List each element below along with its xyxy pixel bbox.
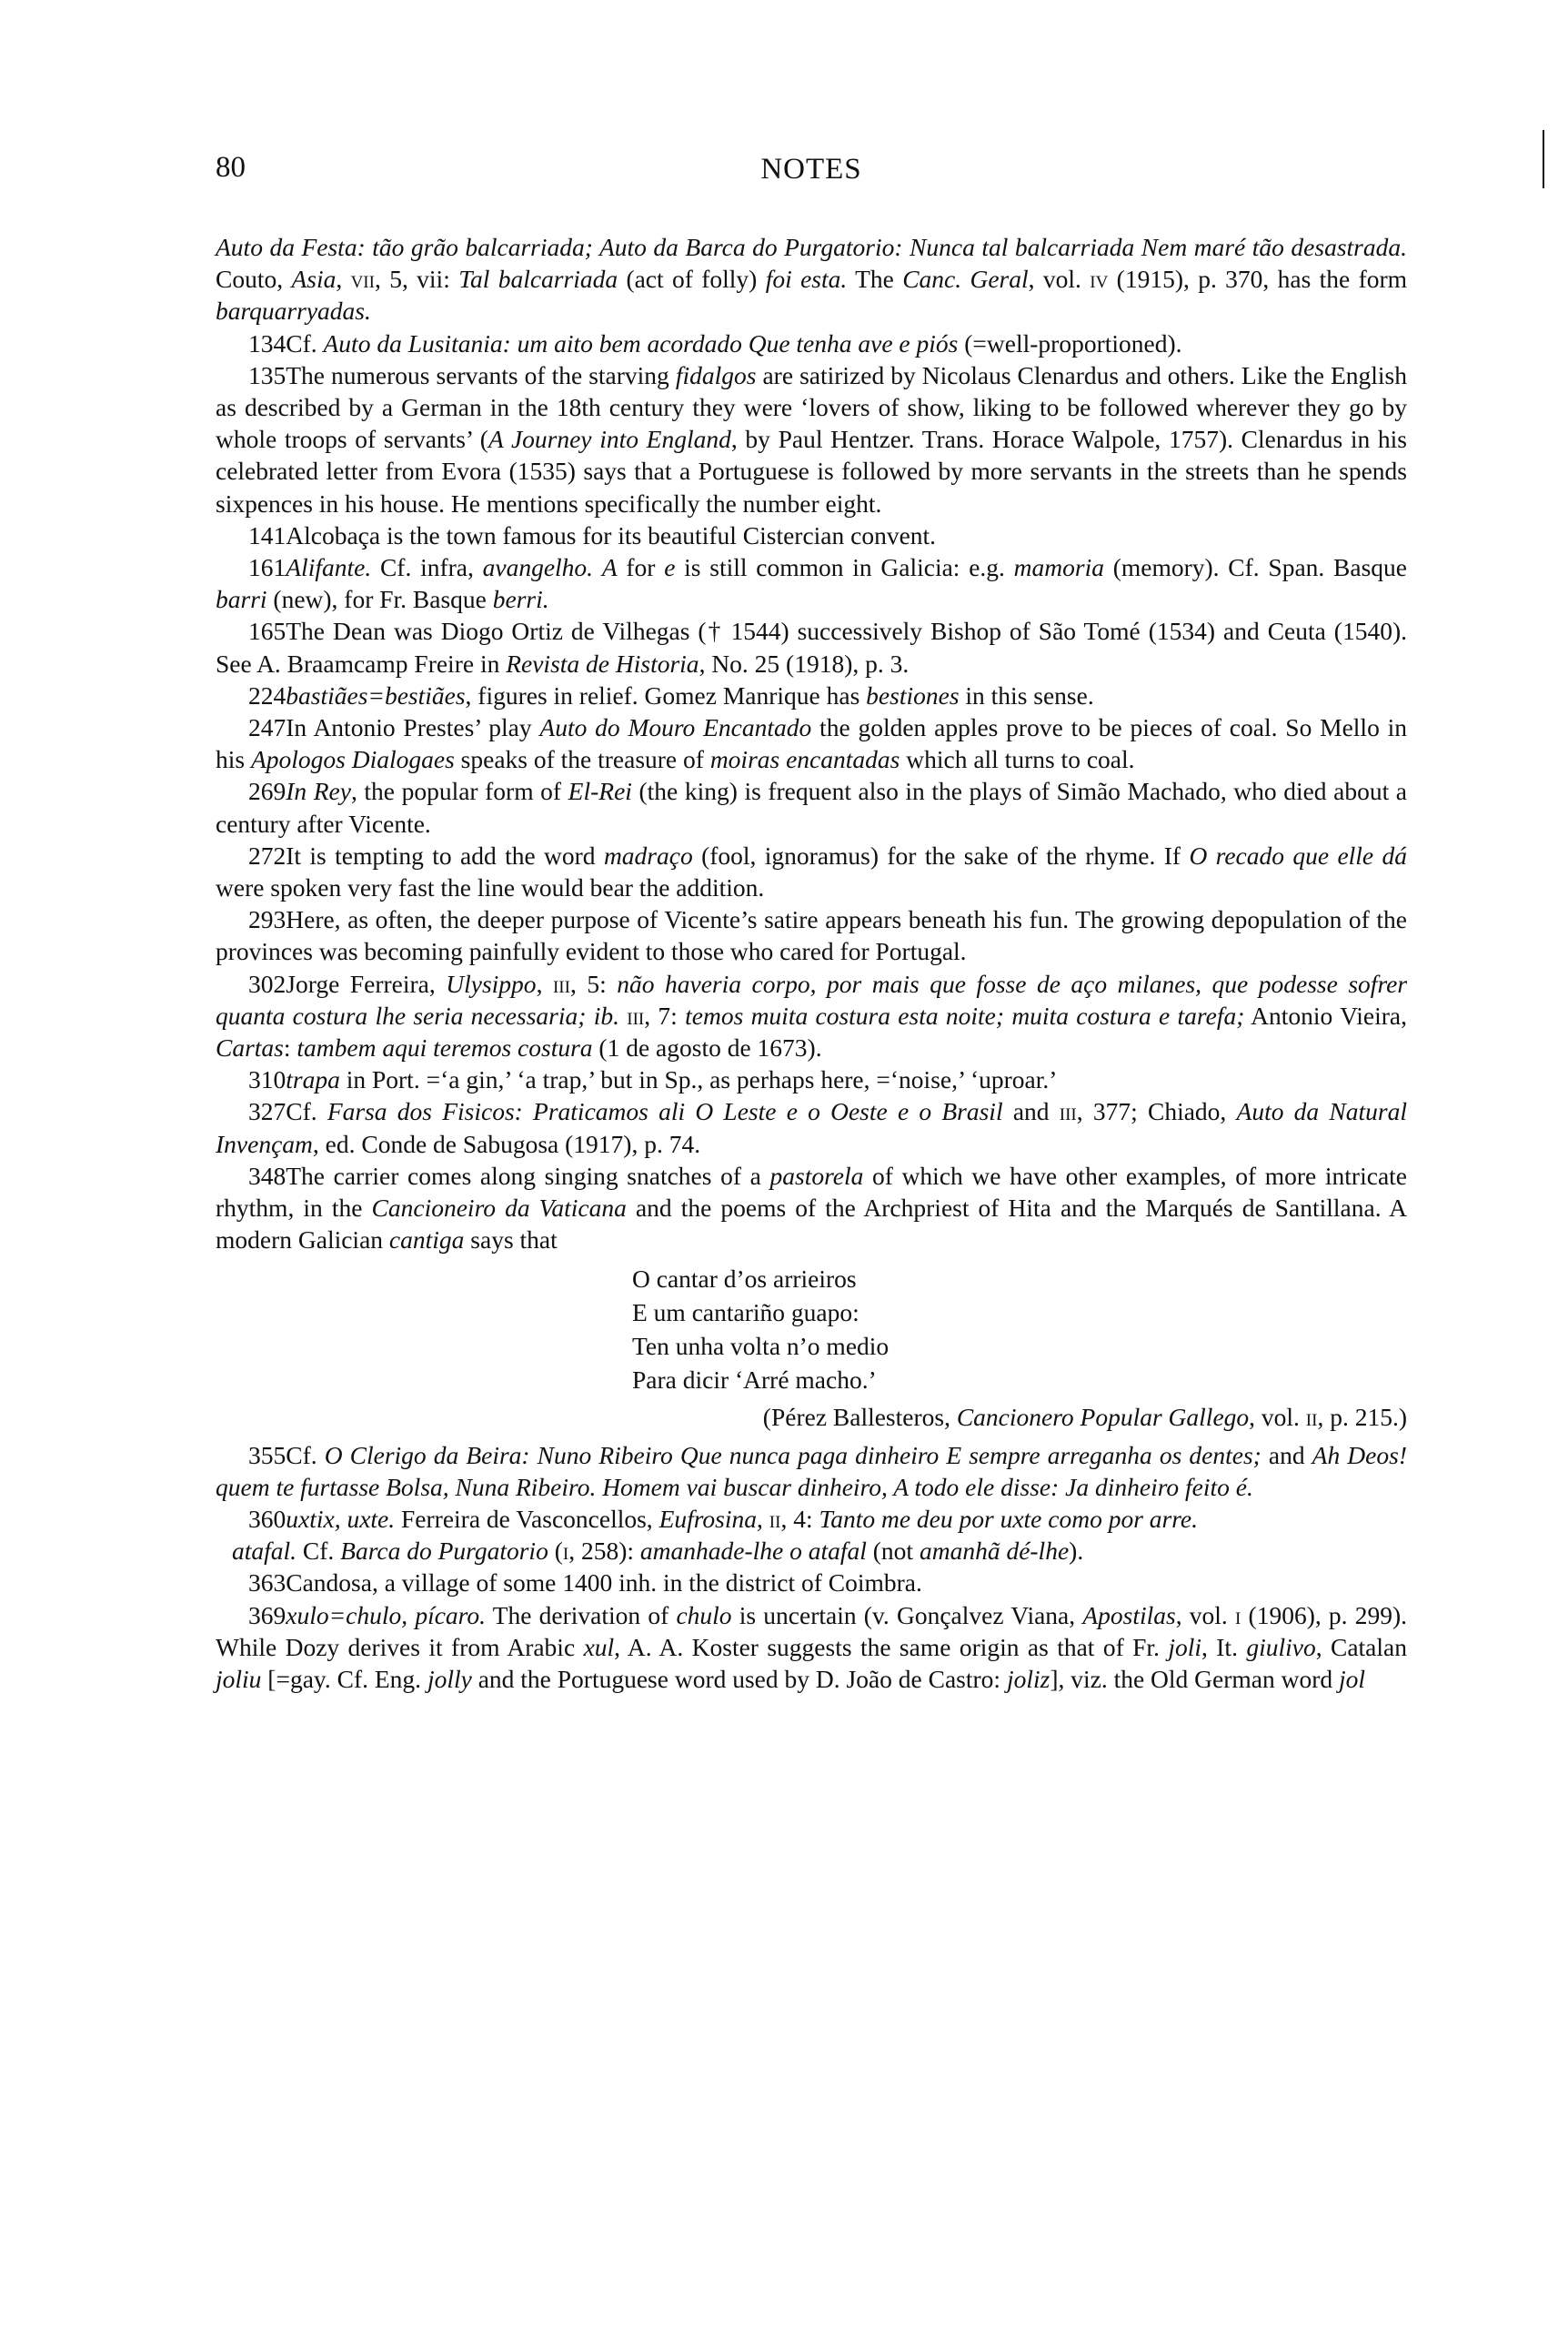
text: , It.	[1201, 1633, 1246, 1661]
note-line-number: 355	[232, 1439, 286, 1471]
text: It is tempting to add the word	[286, 842, 604, 870]
italic-text: foi esta.	[766, 265, 848, 293]
text: Here, as often, the deeper purpose of Vi…	[216, 905, 1407, 965]
text: The	[847, 265, 902, 293]
note-302: 302Jorge Ferreira, Ulysippo, iii, 5: não…	[216, 968, 1407, 1064]
text: (new), for Fr. Basque	[267, 585, 493, 613]
italic-text: Apostilas	[1082, 1601, 1175, 1629]
italic-text: jolly	[427, 1665, 472, 1693]
small-caps-text: iii	[553, 970, 570, 998]
text: , 7:	[644, 1002, 685, 1030]
verse-citation: (Pérez Ballesteros, Cancionero Popular G…	[216, 1400, 1407, 1434]
italic-text: Cartas	[216, 1033, 284, 1062]
text: (1915), p. 370, has the form	[1108, 265, 1407, 293]
text: :	[284, 1033, 297, 1062]
text: (	[548, 1537, 563, 1565]
text: , figures in relief. Gomez Manrique has	[466, 681, 867, 710]
italic-text: Ulysippo	[446, 970, 536, 998]
note-363: 363Candosa, a village of some 1400 inh. …	[216, 1567, 1407, 1598]
note-327: 327Cf. Farsa dos Fisicos: Praticamos ali…	[216, 1095, 1407, 1159]
note-247: 247In Antonio Prestes’ play Auto do Mour…	[216, 711, 1407, 775]
text: Ferreira de Vasconcellos,	[395, 1505, 658, 1533]
note-line-number: 161	[232, 551, 286, 583]
italic-text: El-Rei	[568, 777, 632, 805]
text: and the Portuguese word used by D. João …	[472, 1665, 1007, 1693]
italic-text: uxtix, uxte.	[286, 1505, 395, 1533]
note-line-number: 327	[232, 1095, 286, 1127]
italic-text: Cancionero Popular Gallego	[957, 1403, 1249, 1431]
note-310: 310trapa in Port. =‘a gin,’ ‘a trap,’ bu…	[216, 1063, 1407, 1095]
note-135: 135The numerous servants of the starving…	[216, 359, 1407, 519]
small-caps-text: iii	[1060, 1097, 1077, 1125]
note-line-number: 293	[232, 903, 286, 935]
italic-text: trapa	[286, 1065, 340, 1093]
text: Cf.	[286, 1097, 327, 1125]
text: Alcobaça is the town famous for its beau…	[286, 521, 936, 549]
small-caps-text: ii	[769, 1505, 781, 1533]
page-edge-mark	[1543, 130, 1544, 188]
text: (fool, ignoramus) for the sake of the rh…	[693, 842, 1190, 870]
italic-text: amanhã dé-lhe	[920, 1537, 1069, 1565]
text: ,	[336, 265, 350, 293]
note-line-number: 310	[232, 1063, 286, 1095]
page-title: NOTES	[216, 153, 1407, 186]
note-224: 224bastiães=bestiães, figures in relief.…	[216, 680, 1407, 711]
text: in this sense.	[960, 681, 1094, 710]
italic-text: cantiga	[389, 1225, 465, 1254]
verse-quotation: O cantar d’os arrieirosE um cantariño gu…	[216, 1262, 1407, 1396]
text: Antonio Vieira,	[1244, 1002, 1407, 1030]
text: says that	[464, 1225, 557, 1254]
verse-line: O cantar d’os arrieiros	[632, 1262, 1407, 1295]
italic-text: barquarryadas.	[216, 297, 371, 325]
text: , 5:	[570, 970, 617, 998]
note-134: 134Cf. Auto da Lusitania: um aito bem ac…	[216, 328, 1407, 359]
text: , p. 215.)	[1317, 1403, 1407, 1431]
note-360-atafal: atafal. Cf. Barca do Purgatorio (i, 258)…	[216, 1535, 1407, 1567]
italic-text: giulivo	[1246, 1633, 1315, 1661]
text: , the popular form of	[351, 777, 568, 805]
note-line-number: 141	[232, 519, 286, 551]
text: , 5, vii:	[375, 265, 458, 293]
italic-text: Auto do Mouro Encantado	[539, 713, 811, 741]
italic-text: amanhade-lhe o atafal	[640, 1537, 867, 1565]
text: ).	[1069, 1537, 1083, 1565]
text: (Pérez Ballesteros,	[763, 1403, 957, 1431]
italic-text: Tanto me deu por uxte como por arre.	[819, 1505, 1198, 1533]
running-head: 80 NOTES	[216, 151, 1407, 187]
small-caps-text: iv	[1090, 265, 1108, 293]
note-369: 369xulo=chulo, pícaro. The derivation of…	[216, 1599, 1407, 1696]
text: and	[1003, 1097, 1060, 1125]
text: in Port. =‘a gin,’ ‘a trap,’ but in Sp.,…	[340, 1065, 1058, 1093]
italic-text: chulo	[676, 1601, 731, 1629]
text: for	[618, 553, 665, 581]
note-line-number: 369	[232, 1599, 286, 1631]
text: The carrier comes along singing snatches…	[286, 1162, 769, 1190]
note-line-number: 224	[232, 680, 286, 711]
note-360: 360uxtix, uxte. Ferreira de Vasconcellos…	[216, 1503, 1407, 1535]
verse-line: Ten unha volta n’o medio	[632, 1329, 1407, 1363]
note-line-number: 247	[232, 711, 286, 743]
italic-text: jol	[1339, 1665, 1365, 1693]
text: The derivation of	[486, 1601, 676, 1629]
note-line-number: 269	[232, 775, 286, 807]
text: Couto,	[216, 265, 291, 293]
italic-text: Tal balcarriada	[458, 265, 618, 293]
notes-body: Auto da Festa: tão grão balcarriada; Aut…	[216, 231, 1407, 1695]
small-caps-text: vii	[351, 265, 375, 293]
note-line-number: 134	[232, 328, 286, 359]
text: , ed. Conde de Sabugosa (1917), p. 74.	[313, 1130, 700, 1158]
text	[593, 553, 602, 581]
italic-text: bastiães=bestiães	[286, 681, 465, 710]
text: , Catalan	[1316, 1633, 1407, 1661]
text: , vol.	[1249, 1403, 1306, 1431]
text: [=gay. Cf. Eng.	[261, 1665, 427, 1693]
note-cont-top: Auto da Festa: tão grão balcarriada; Aut…	[216, 231, 1407, 328]
italic-text: xul	[584, 1633, 615, 1661]
italic-text: xulo=chulo, pícaro.	[286, 1601, 486, 1629]
note-272: 272It is tempting to add the word madraç…	[216, 840, 1407, 903]
italic-text: O Clerigo da Beira: Nuno Ribeiro Que nun…	[325, 1441, 1261, 1469]
italic-text: Auto da Lusitania: um aito bem acordado …	[324, 329, 959, 358]
italic-text: pastorela	[770, 1162, 864, 1190]
italic-text: barri	[216, 585, 267, 613]
verse-line: Para dicir ‘Arré macho.’	[632, 1363, 1407, 1396]
text: ], viz. the Old German word	[1050, 1665, 1339, 1693]
text: , 377; Chiado,	[1077, 1097, 1237, 1125]
italic-text: Revista de Historia	[506, 650, 699, 678]
italic-text: A Journey into England	[488, 425, 731, 453]
italic-text: joliu	[216, 1665, 261, 1693]
italic-text: madraço	[604, 842, 693, 870]
text: , vol.	[1029, 265, 1091, 293]
italic-text: joliz	[1007, 1665, 1050, 1693]
italic-text: O recado que elle dá	[1189, 842, 1407, 870]
text: (not	[867, 1537, 920, 1565]
text: and	[1261, 1441, 1312, 1469]
note-line-number: 348	[232, 1160, 286, 1192]
text: , 4:	[780, 1505, 819, 1533]
text: is uncertain (v. Gonçalvez Viana,	[732, 1601, 1083, 1629]
text: Cf. infra,	[371, 553, 482, 581]
note-line-number: 135	[232, 359, 286, 391]
italic-text: tambem aqui teremos costura	[297, 1033, 592, 1062]
italic-text: avangelho.	[483, 553, 593, 581]
text: (act of folly)	[618, 265, 766, 293]
italic-text: Apologos Dialogaes	[251, 745, 455, 773]
italic-text: moiras encantadas	[710, 745, 900, 773]
italic-text: mamoria	[1014, 553, 1104, 581]
italic-text: Canc. Geral	[902, 265, 1028, 293]
italic-text: A	[602, 553, 618, 581]
italic-text: bestiones	[866, 681, 959, 710]
italic-text: Barca do Purgatorio	[340, 1537, 548, 1565]
text: ,	[537, 970, 553, 998]
italic-text: atafal.	[232, 1537, 297, 1565]
text: , 258):	[568, 1537, 640, 1565]
italic-text: berri.	[493, 585, 549, 613]
text: , A. A. Koster suggests the same origin …	[614, 1633, 1168, 1661]
italic-text: temos muita costura esta noite; muita co…	[685, 1002, 1244, 1030]
verse-line: E um cantariño guapo:	[632, 1295, 1407, 1329]
note-165: 165The Dean was Diogo Ortiz de Vilhegas …	[216, 615, 1407, 679]
italic-text: Alifante.	[286, 553, 371, 581]
text: The numerous servants of the starving	[286, 361, 676, 389]
note-line-number: 165	[232, 615, 286, 647]
text: (1 de agosto de 1673).	[593, 1033, 822, 1062]
italic-text: Asia	[291, 265, 336, 293]
note-293: 293Here, as often, the deeper purpose of…	[216, 903, 1407, 967]
italic-text: Cancioneiro da Vaticana	[372, 1194, 627, 1222]
text: (=well-proportioned).	[958, 329, 1181, 358]
text: ,	[757, 1505, 769, 1533]
italic-text: joli	[1168, 1633, 1201, 1661]
note-141: 141Alcobaça is the town famous for its b…	[216, 519, 1407, 551]
note-348: 348The carrier comes along singing snatc…	[216, 1160, 1407, 1256]
italic-text: Farsa dos Fisicos: Praticamos ali O Lest…	[327, 1097, 1003, 1125]
note-line-number: 360	[232, 1503, 286, 1535]
italic-text: fidalgos	[676, 361, 757, 389]
document-page: 80 NOTES Auto da Festa: tão grão balcarr…	[216, 151, 1407, 1695]
small-caps-text: ii	[1306, 1403, 1318, 1431]
note-355: 355Cf. O Clerigo da Beira: Nuno Ribeiro …	[216, 1439, 1407, 1503]
note-161: 161Alifante. Cf. infra, avangelho. A for…	[216, 551, 1407, 615]
italic-text: e	[664, 553, 675, 581]
text: Cf.	[297, 1537, 340, 1565]
note-line-number: 272	[232, 840, 286, 872]
note-269: 269In Rey, the popular form of El-Rei (t…	[216, 775, 1407, 839]
italic-text: Eufrosina	[659, 1505, 757, 1533]
note-line-number: 302	[232, 968, 286, 1000]
italic-text: In Rey	[286, 777, 351, 805]
text: Candosa, a village of some 1400 inh. in …	[286, 1568, 922, 1597]
text: is still common in Galicia: e.g.	[675, 553, 1013, 581]
text: Cf.	[286, 329, 323, 358]
text: speaks of the treasure of	[455, 745, 710, 773]
text: were spoken very fast the line would bea…	[216, 873, 764, 902]
text: which all turns to coal.	[900, 745, 1134, 773]
text: , vol.	[1176, 1601, 1235, 1629]
text: Jorge Ferreira,	[286, 970, 446, 998]
italic-text: Auto da Festa: tão grão balcarriada; Aut…	[216, 233, 1407, 261]
text: (memory). Cf. Span. Basque	[1104, 553, 1407, 581]
note-line-number: 363	[232, 1567, 286, 1598]
text: , No. 25 (1918), p. 3.	[699, 650, 910, 678]
text: Cf.	[286, 1441, 324, 1469]
text: In Antonio Prestes’ play	[286, 713, 539, 741]
small-caps-text: iii	[627, 1002, 644, 1030]
